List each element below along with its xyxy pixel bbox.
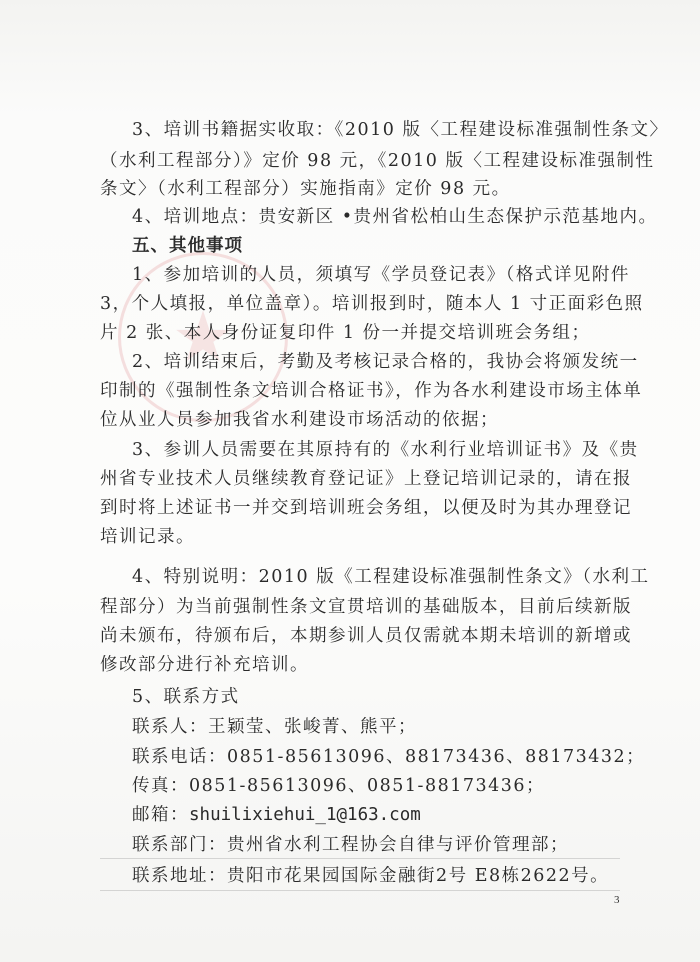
phone-label: 联系电话： <box>132 747 227 767</box>
contact-fax-row: 传真：0851-85613096、0851-88173436； <box>132 775 652 797</box>
section-heading-other-matters: 五、其他事项 <box>132 235 652 257</box>
location-line: 4、培训地点：贵安新区 •贵州省松柏山生态保护示范基地内。 <box>132 206 652 228</box>
item3-line-4: 培训记录。 <box>100 526 620 548</box>
contact-section-title: 5、联系方式 <box>132 686 652 708</box>
email-address: shuilixiehui_1@163.com <box>189 805 421 825</box>
footer-rule-bottom <box>100 890 620 891</box>
item1-line-1: 1、参加培训的人员，须填写《学员登记表》（格式详见附件 <box>132 264 652 286</box>
contact-phone-row: 联系电话：0851-85613096、88173436、88173432； <box>132 746 652 768</box>
fax-label: 传真： <box>132 776 189 796</box>
item3-line-3: 到时将上述证书一并交到培训班会务组，以便及时为其办理登记 <box>100 497 620 519</box>
item4-line-1: 4、特别说明：2010 版《工程建设标准强制性条文》（水利工 <box>132 566 652 588</box>
item1-line-2: 3，个人填报，单位盖章）。培训报到时，随本人 1 寸正面彩色照 <box>100 293 620 315</box>
item1-line-3: 片 2 张、本人身份证复印件 1 份一并提交培训班会务组； <box>100 322 620 344</box>
document-page: 3、培训书籍据实收取：《2010 版〈工程建设标准强制性条文〉 （水利工程部分）… <box>0 0 700 962</box>
item4-line-2: 程部分）为当前强制性条文宣贯培训的基础版本，目前后续新版 <box>100 596 620 618</box>
item2-line-1: 2、培训结束后，考勤及考核记录合格的，我协会将颁发统一 <box>132 351 652 373</box>
contact-department: 联系部门：贵州省水利工程协会自律与评价管理部； <box>132 834 652 856</box>
item4-line-3: 尚未颁布，待颁布后，本期参训人员仅需就本期未培训的新增或 <box>100 625 620 647</box>
books-line-2: （水利工程部分）》定价 98 元，《2010 版〈工程建设标准强制性 <box>100 150 620 172</box>
contact-address: 联系地址：贵阳市花果园国际金融街2号 E8栋2622号。 <box>132 865 652 887</box>
item3-line-2: 州省专业技术人员继续教育登记证》上登记培训记录的，请在报 <box>100 468 620 490</box>
item2-line-3: 位从业人员参加我省水利建设市场活动的依据； <box>100 409 620 431</box>
books-line-3: 条文〉（水利工程部分）实施指南》定价 98 元。 <box>100 178 620 200</box>
page-number: 3 <box>614 894 620 906</box>
phone-numbers: 0851-85613096、88173436、88173432； <box>227 747 645 767</box>
item2-line-2: 印制的《强制性条文培训合格证书》，作为各水利建设市场主体单 <box>100 380 620 402</box>
contact-persons: 联系人：王颖莹、张峻菁、熊平； <box>132 716 652 738</box>
footer-rule-top <box>100 858 620 859</box>
item3-line-1: 3、参训人员需要在其原持有的《水利行业培训证书》及《贵 <box>132 439 652 461</box>
item4-line-4: 修改部分进行补充培训。 <box>100 654 620 676</box>
contact-email-row: 邮箱：shuilixiehui_1@163.com <box>132 804 652 826</box>
fax-numbers: 0851-85613096、0851-88173436； <box>189 776 545 796</box>
books-line-1: 3、培训书籍据实收取：《2010 版〈工程建设标准强制性条文〉 <box>132 119 652 141</box>
email-label: 邮箱： <box>132 805 189 825</box>
